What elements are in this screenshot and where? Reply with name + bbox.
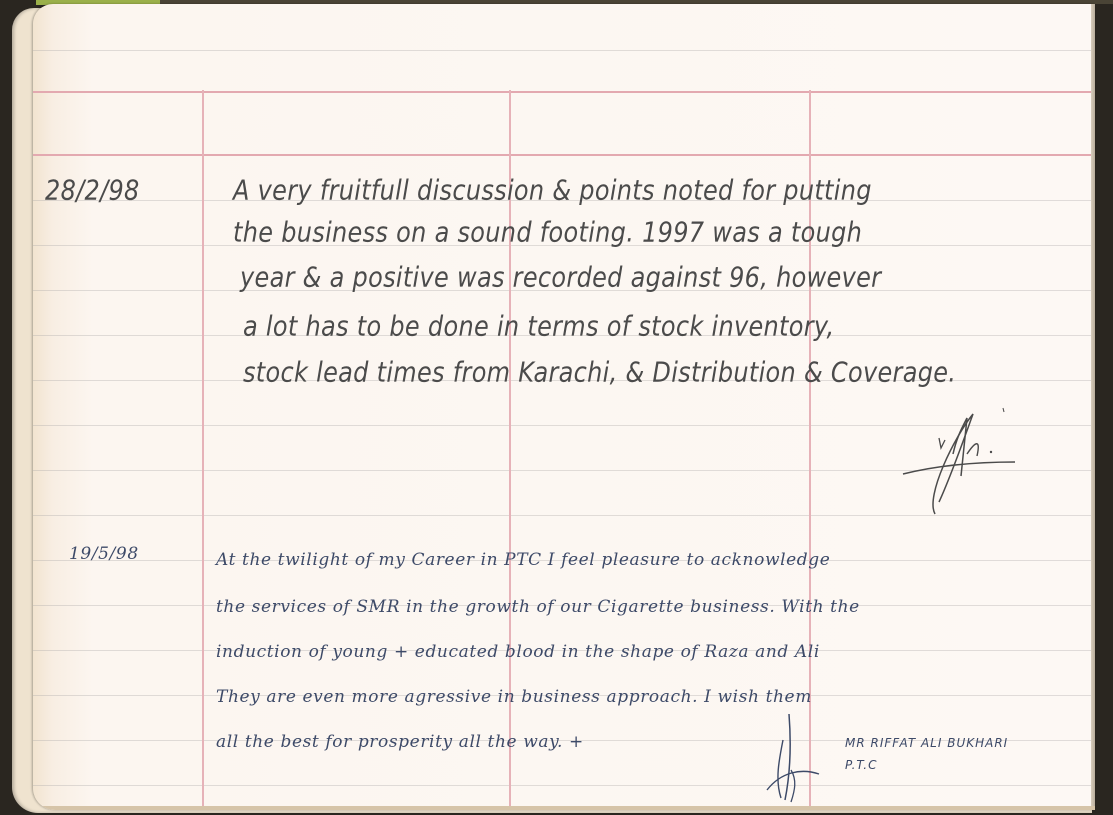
entry-line: stock lead times from Karachi, & Distrib… [243,356,956,388]
entry-date: 28/2/98 [45,174,140,206]
signature-icon [761,710,831,806]
entry-line: A very fruitfull discussion & points not… [233,174,872,206]
rule-line [33,50,1095,51]
entry-line: At the twilight of my Career in PTC I fe… [216,550,830,570]
entry-line: year & a positive was recorded against 9… [240,261,881,293]
entry-line: induction of young + educated blood in t… [216,642,820,662]
entry-line: the services of SMR in the growth of our… [216,597,860,617]
entry-date: 19/5/98 [69,544,139,564]
column-rule-date [202,90,204,810]
entry-line: a lot has to be done in terms of stock i… [243,310,835,342]
header-rule-bottom [33,154,1095,156]
rule-line [33,785,1095,786]
entry-line: They are even more agressive in business… [216,687,812,707]
signature-icon [895,396,1025,526]
ledger-page: 28/2/98 A very fruitfull discussion & po… [33,4,1095,810]
signer-name: MR RIFFAT ALI BUKHARI [845,736,1008,750]
entry-line: all the best for prosperity all the way.… [216,732,584,752]
header-rule-top [33,91,1095,93]
signer-org: P.T.C [845,758,878,772]
entry-line: the business on a sound footing. 1997 wa… [233,216,862,248]
page-right-edge [1091,4,1095,810]
page-bottom-edge [33,806,1095,810]
